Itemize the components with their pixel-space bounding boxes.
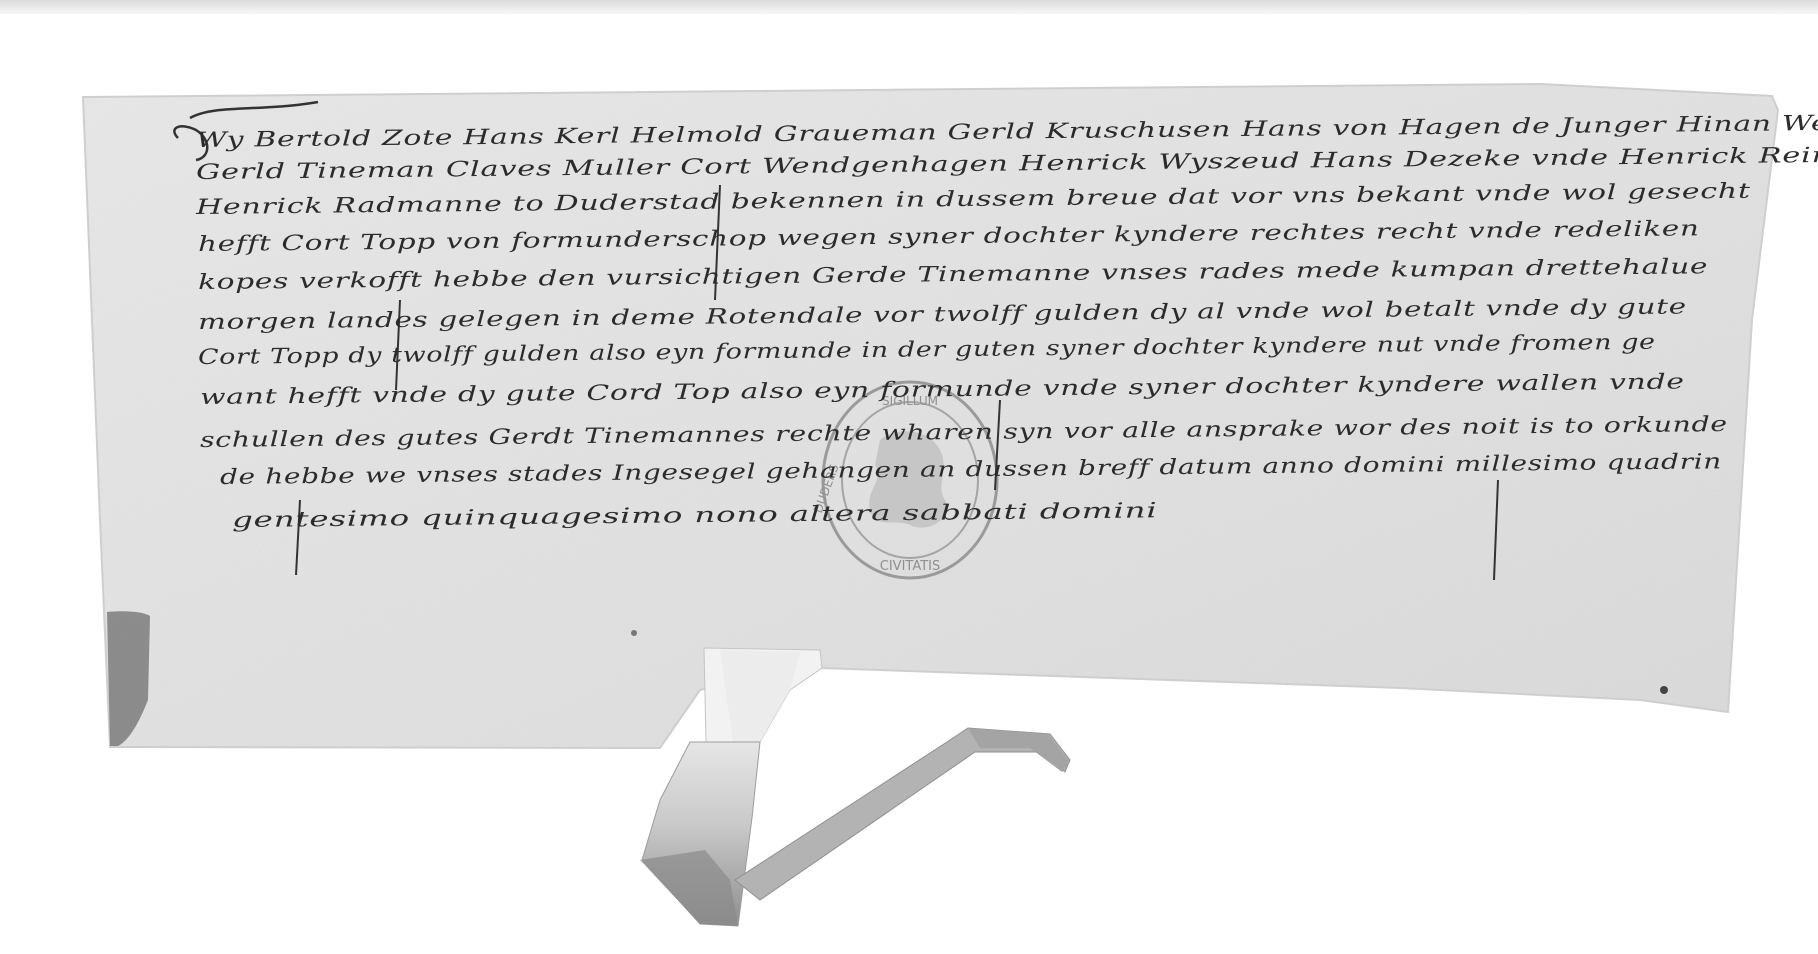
charter-text: Wy Bertold Zote Hans Kerl Helmold Grauem…	[0, 0, 1818, 954]
text-line-8: want hefft vnde dy gute Cord Top also ey…	[200, 369, 1685, 409]
text-line-10: de hebbe we vnses stades Ingesegel gehan…	[220, 449, 1722, 489]
text-line-11: gentesimo quinquagesimo nono altera sabb…	[232, 498, 1158, 532]
text-line-9: schullen des gutes Gerdt Tinemannes rech…	[200, 412, 1728, 452]
text-line-7: Cort Topp dy twolff gulden also eyn form…	[198, 330, 1656, 369]
text-line-3: Henrick Radmanne to Duderstad bekennen i…	[196, 179, 1751, 219]
text-line-5: kopes verkofft hebbe den vursichtigen Ge…	[198, 254, 1708, 294]
text-line-6: morgen landes gelegen in deme Rotendale …	[198, 294, 1687, 334]
text-line-4: hefft Cort Topp von formunderschop wegen…	[198, 216, 1700, 256]
